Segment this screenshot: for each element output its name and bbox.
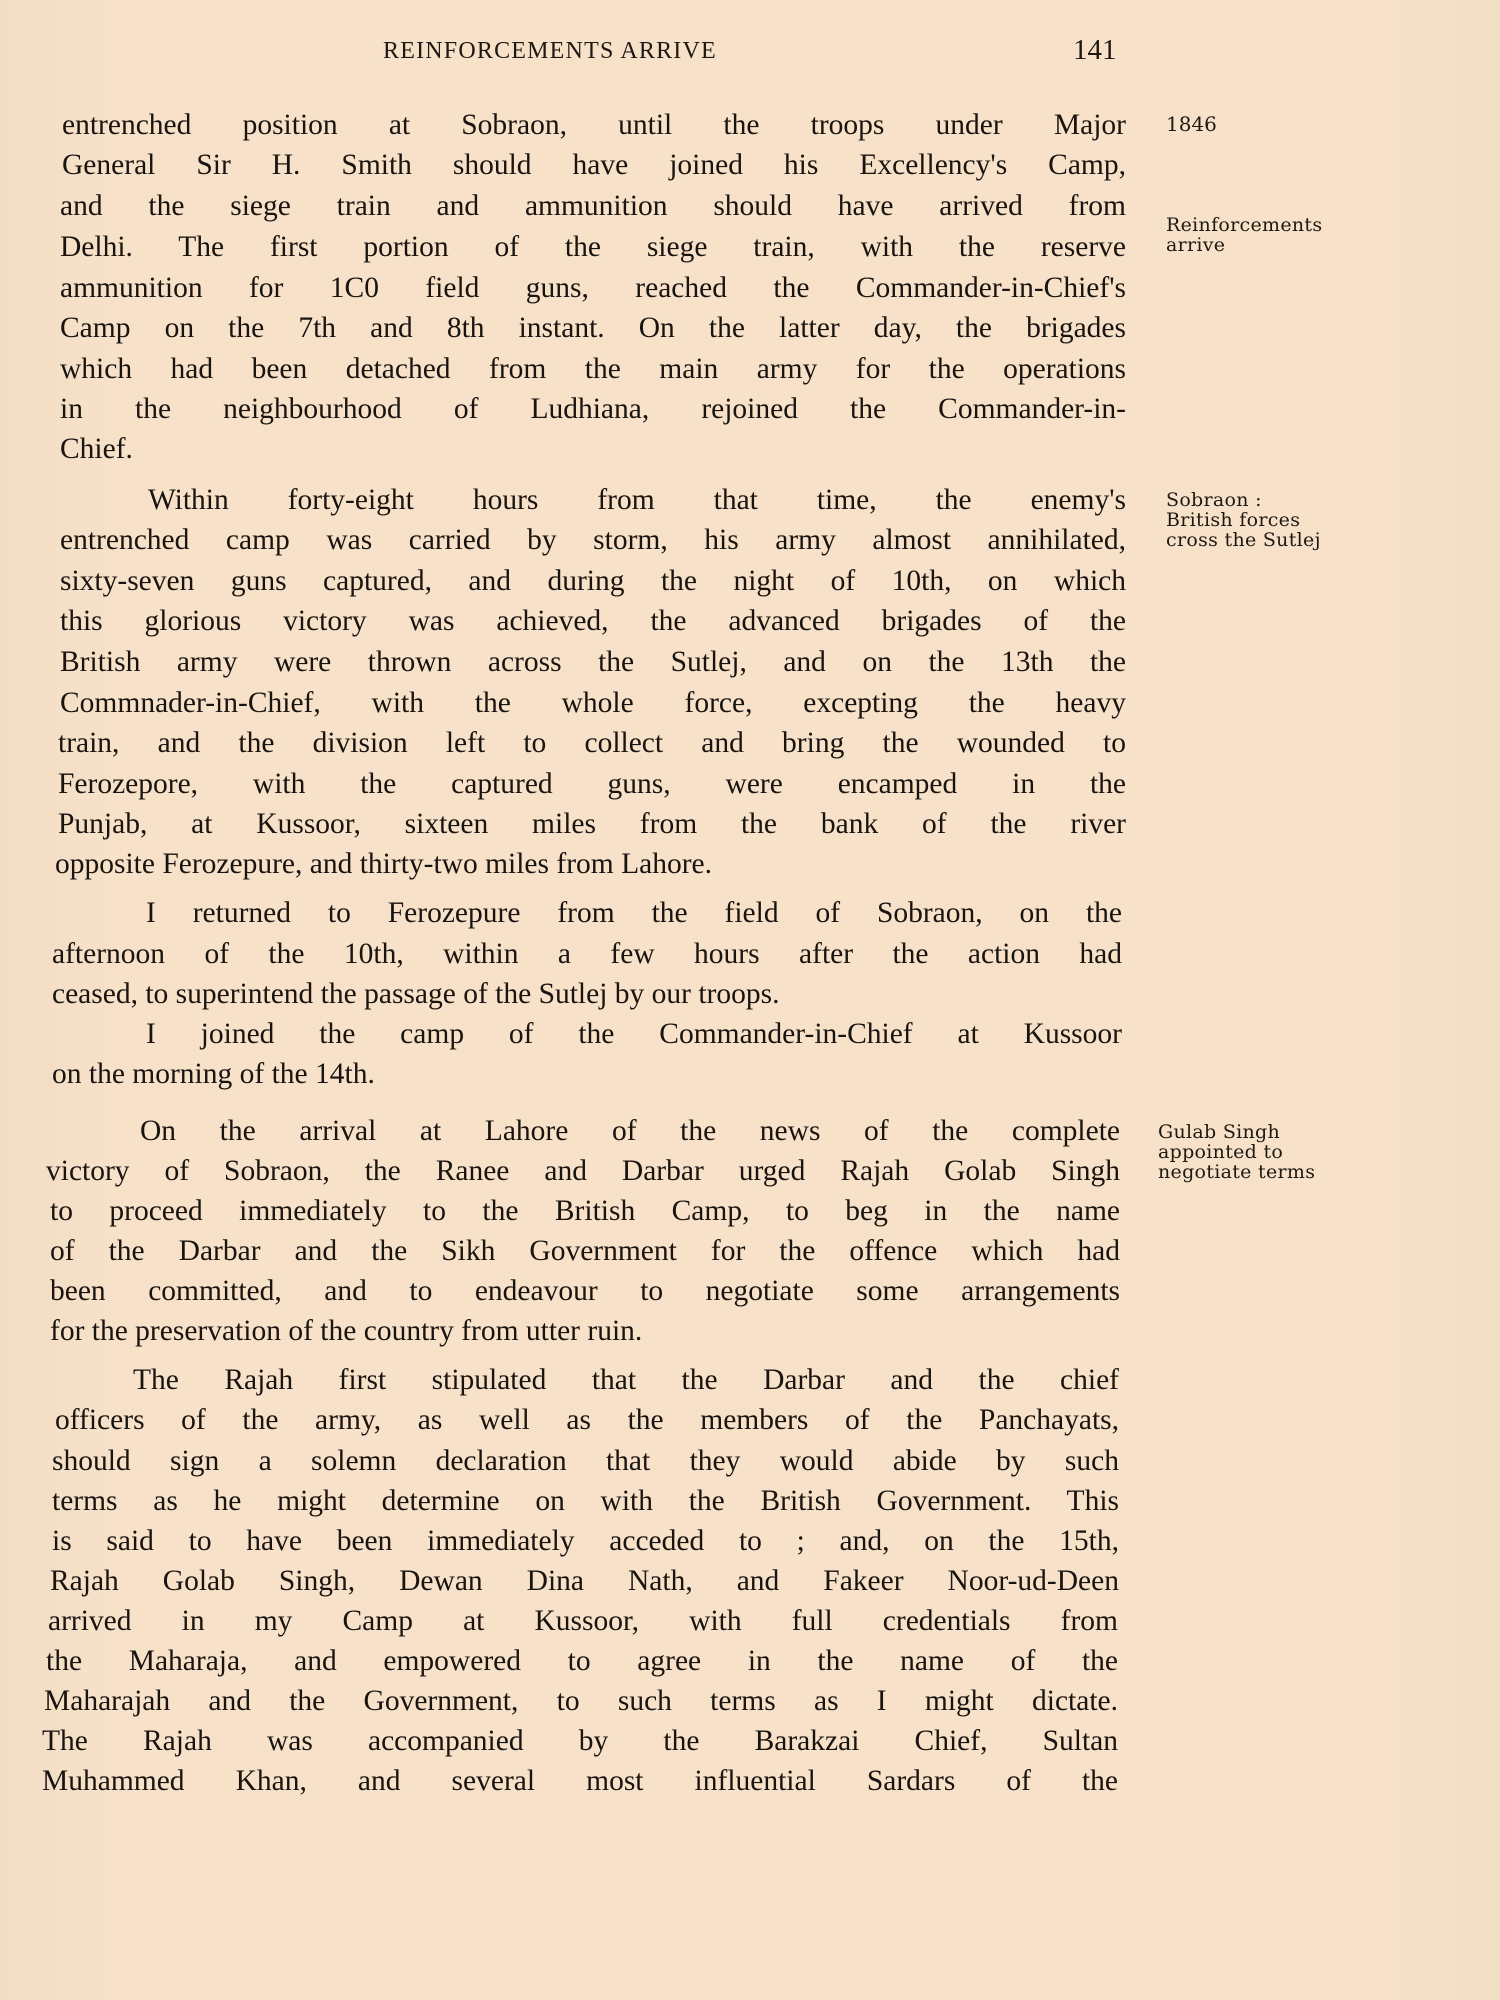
text-line: General Sir H. Smith should have joined … [62,147,1126,183]
book-page: REINFORCEMENTS ARRIVE 141 entrenched pos… [0,0,1500,2000]
text-line: the Maharaja, and empowered to agree in … [46,1643,1118,1679]
text-line: I returned to Ferozepure from the field … [146,895,1122,931]
page-number: 141 [1073,34,1117,67]
text-line: on the morning of the 14th. [52,1056,1122,1092]
text-line: entrenched camp was carried by storm, hi… [60,522,1126,558]
text-line: Maharajah and the Government, to such te… [44,1683,1118,1719]
text-line: British army were thrown across the Sutl… [60,644,1126,680]
margin-note-reinforcements: Reinforcements arrive [1166,215,1322,255]
text-line: The Rajah first stipulated that the Darb… [133,1362,1119,1398]
text-line: train, and the division left to collect … [58,725,1126,761]
text-line: ceased, to superintend the passage of th… [52,976,1122,1012]
text-line: is said to have been immediately acceded… [52,1523,1119,1559]
margin-year: 1846 [1166,112,1217,136]
margin-note-line: arrive [1166,235,1322,255]
text-line: this glorious victory was achieved, the … [60,603,1126,639]
text-line: Rajah Golab Singh, Dewan Dina Nath, and … [50,1563,1119,1599]
margin-note-line: negotiate terms [1158,1162,1315,1182]
text-line: Muhammed Khan, and several most influent… [42,1763,1118,1799]
text-line: which had been detached from the main ar… [60,351,1126,387]
text-line: opposite Ferozepure, and thirty-two mile… [55,846,1123,882]
running-title: REINFORCEMENTS ARRIVE [383,38,717,65]
text-line: ammunition for 1C0 field guns, reached t… [60,270,1126,306]
text-line: Camp on the 7th and 8th instant. On the … [60,310,1126,346]
text-line: Chief. [60,431,1126,467]
text-line: On the arrival at Lahore of the news of … [140,1113,1120,1149]
text-line: victory of Sobraon, the Ranee and Darbar… [46,1153,1120,1189]
text-line: sixty-seven guns captured, and during th… [60,563,1126,599]
text-line: officers of the army, as well as the mem… [55,1402,1119,1438]
text-line: should sign a solemn declaration that th… [52,1443,1119,1479]
text-line: in the neighbourhood of Ludhiana, rejoin… [60,391,1126,427]
text-line: for the preservation of the country from… [50,1313,1120,1349]
text-line: of the Darbar and the Sikh Government fo… [50,1233,1120,1269]
text-line: Within forty-eight hours from that time,… [148,482,1126,518]
text-line: Ferozepore, with the captured guns, were… [58,766,1126,802]
text-line: afternoon of the 10th, within a few hour… [52,936,1122,972]
text-line: arrived in my Camp at Kussoor, with full… [48,1603,1118,1639]
text-line: The Rajah was accompanied by the Barakza… [42,1723,1118,1759]
margin-note-gulab-singh: Gulab Singh appointed to negotiate terms [1158,1122,1315,1182]
margin-note-line: Gulab Singh [1158,1122,1315,1142]
margin-note-line: appointed to [1158,1142,1315,1162]
text-line: terms as he might determine on with the … [52,1483,1119,1519]
text-line: Punjab, at Kussoor, sixteen miles from t… [58,806,1126,842]
text-line: and the siege train and ammunition shoul… [60,188,1126,224]
text-line: been committed, and to endeavour to nego… [50,1273,1120,1309]
text-line: Commnader-in-Chief, with the whole force… [60,685,1126,721]
text-line: entrenched position at Sobraon, until th… [62,107,1126,143]
margin-note-sobraon: Sobraon : British forces cross the Sutle… [1166,490,1321,550]
text-line: Delhi. The first portion of the siege tr… [60,229,1126,265]
text-line: I joined the camp of the Commander-in-Ch… [146,1016,1122,1052]
margin-note-line: Reinforcements [1166,215,1322,235]
margin-note-line: cross the Sutlej [1166,530,1321,550]
text-line: to proceed immediately to the British Ca… [50,1193,1120,1229]
margin-note-line: British forces [1166,510,1321,530]
margin-note-line: Sobraon : [1166,490,1321,510]
